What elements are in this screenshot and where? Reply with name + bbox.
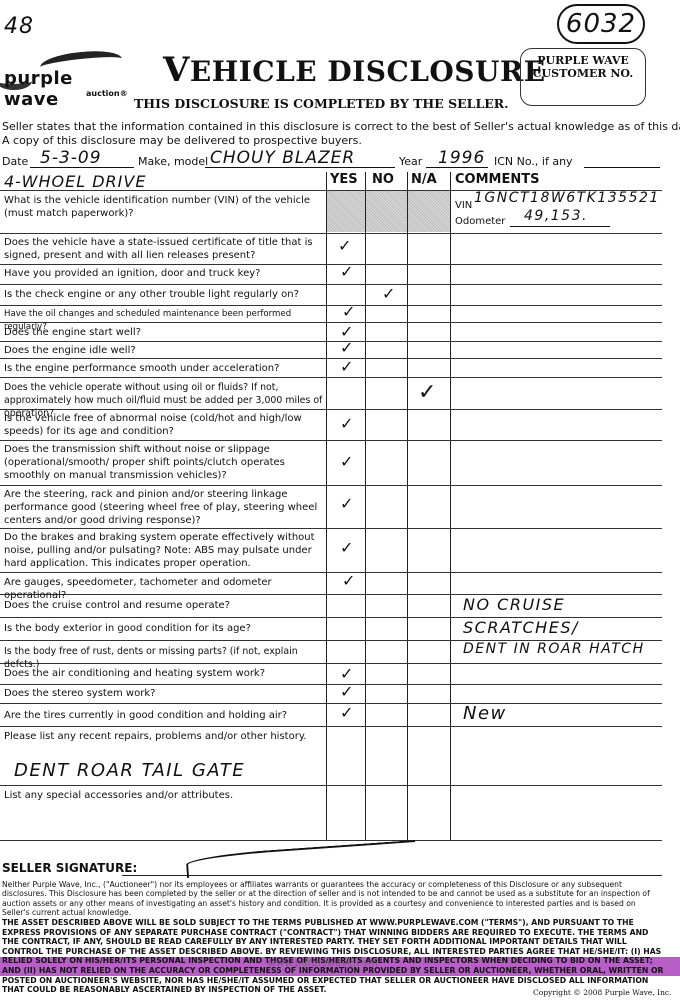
vin-label: VIN xyxy=(455,200,472,211)
customer-number-handwritten: 6032 xyxy=(557,4,645,44)
repairs-value[interactable]: DENT ROAR TAIL GATE xyxy=(14,760,245,781)
question-keys: Have you provided an ignition, door and … xyxy=(4,267,324,280)
check-yes-icon[interactable]: ✓ xyxy=(340,338,353,357)
icn-label: ICN No., if any xyxy=(494,155,573,168)
column-header-yes: YES xyxy=(330,172,358,187)
check-no-icon[interactable]: ✓ xyxy=(382,284,395,303)
check-yes-icon[interactable]: ✓ xyxy=(340,682,353,701)
intro-statement: Seller states that the information conta… xyxy=(2,120,680,133)
question-engine-idle: Does the engine idle well? xyxy=(4,344,324,357)
check-yes-icon[interactable]: ✓ xyxy=(342,571,355,590)
question-brakes: Do the brakes and braking system operate… xyxy=(4,531,324,570)
copyright-text: Copyright © 2008 Purple Wave, Inc. xyxy=(533,988,672,997)
watermark-url: www.purplewave.com xyxy=(268,958,378,969)
check-yes-icon[interactable]: ✓ xyxy=(340,414,353,433)
check-yes-icon[interactable]: ✓ xyxy=(340,262,353,281)
check-yes-icon[interactable]: ✓ xyxy=(340,664,353,683)
odometer-value: 49,153. xyxy=(524,208,588,224)
make-model-label: Make, model xyxy=(138,155,208,168)
drivetrain-note: 4-WHOEL DRIVE xyxy=(4,172,146,191)
comment-cruise[interactable]: NO CRUISE xyxy=(463,595,565,614)
accessories-prompt: List any special accessories and/or attr… xyxy=(4,789,324,802)
check-yes-icon[interactable]: ✓ xyxy=(340,452,353,471)
check-yes-icon[interactable]: ✓ xyxy=(340,357,353,376)
column-divider xyxy=(326,172,327,840)
terms-text: THE ASSET DESCRIBED ABOVE WILL BE SOLD S… xyxy=(2,918,664,995)
page-subtitle: THIS DISCLOSURE IS COMPLETED BY THE SELL… xyxy=(134,96,509,111)
check-yes-icon[interactable]: ✓ xyxy=(338,236,351,255)
title-initial: V xyxy=(163,50,190,90)
date-label: Date xyxy=(2,155,28,168)
question-cruise: Does the cruise control and resume opera… xyxy=(4,599,324,612)
question-transmission: Does the transmission shift without nois… xyxy=(4,443,324,482)
question-title: Does the vehicle have a state-issued cer… xyxy=(4,236,324,262)
check-yes-icon[interactable]: ✓ xyxy=(340,494,353,513)
disclaimer-text: Neither Purple Wave, Inc., ("Auctioneer"… xyxy=(2,880,664,918)
comment-body-exterior[interactable]: SCRATCHES/ xyxy=(463,618,579,637)
question-steering: Are the steering, rack and pinion and/or… xyxy=(4,488,324,527)
customer-box-line1: PURPLE WAVE xyxy=(521,54,645,67)
odometer-label: Odometer xyxy=(455,216,505,227)
purple-wave-logo: purple wave auction® xyxy=(0,48,125,98)
question-air-conditioning: Does the air conditioning and heating sy… xyxy=(4,667,324,680)
question-tires: Are the tires currently in good conditio… xyxy=(4,709,324,722)
vehicle-info-line: Date 5-3-09 Make, model CHOUY BLAZER Yea… xyxy=(0,150,660,172)
check-yes-icon[interactable]: ✓ xyxy=(342,302,355,321)
customer-number-box[interactable]: PURPLE WAVE CUSTOMER NO. xyxy=(520,48,646,106)
customer-box-line2: CUSTOMER NO. xyxy=(521,67,645,80)
check-yes-icon[interactable]: ✓ xyxy=(340,703,353,722)
handwritten-page-note: 48 xyxy=(4,14,34,39)
logo-sub: auction® xyxy=(86,89,128,98)
accessories-field[interactable] xyxy=(4,803,324,837)
column-divider xyxy=(450,172,451,840)
title-rest: EHICLE DISCLOSURE xyxy=(190,55,546,88)
check-na-icon[interactable]: ✓ xyxy=(418,380,436,405)
date-value: 5-3-09 xyxy=(40,148,102,168)
question-check-engine: Is the check engine or any other trouble… xyxy=(4,288,324,301)
signature-mark xyxy=(186,840,417,878)
question-engine-start: Does the engine start well? xyxy=(4,326,324,339)
vin-question: What is the vehicle identification numbe… xyxy=(4,194,324,220)
page-title: VEHICLE DISCLOSURE xyxy=(163,50,546,90)
vin-value[interactable]: 1GNCT18W6TK135521 xyxy=(474,190,660,206)
shaded-cell xyxy=(408,190,450,232)
icn-field[interactable] xyxy=(584,150,660,168)
comment-tires[interactable]: New xyxy=(463,703,507,724)
comment-rust-dents[interactable]: DENT IN ROAR HATCH xyxy=(463,641,645,657)
column-header-comments: COMMENTS xyxy=(455,172,539,187)
column-header-na: N/A xyxy=(411,172,437,187)
year-value: 1996 xyxy=(438,148,485,168)
year-label: Year xyxy=(399,155,422,168)
check-yes-icon[interactable]: ✓ xyxy=(340,538,353,557)
question-stereo: Does the stereo system work? xyxy=(4,687,324,700)
question-noise: Is the vehicle free of abnormal noise (c… xyxy=(4,412,324,438)
column-header-no: NO xyxy=(372,172,394,187)
shaded-cell xyxy=(366,190,407,232)
column-divider xyxy=(365,172,366,840)
column-divider xyxy=(407,172,408,840)
make-model-value: CHOUY BLAZER xyxy=(210,148,355,168)
question-acceleration: Is the engine performance smooth under a… xyxy=(4,362,324,375)
seller-signature-label: SELLER SIGNATURE: xyxy=(2,861,137,875)
shaded-cell xyxy=(327,190,365,232)
question-body-exterior: Is the body exterior in good condition f… xyxy=(4,622,324,635)
intro-copy-note: A copy of this disclosure may be deliver… xyxy=(2,134,362,147)
repairs-prompt: Please list any recent repairs, problems… xyxy=(4,730,324,743)
